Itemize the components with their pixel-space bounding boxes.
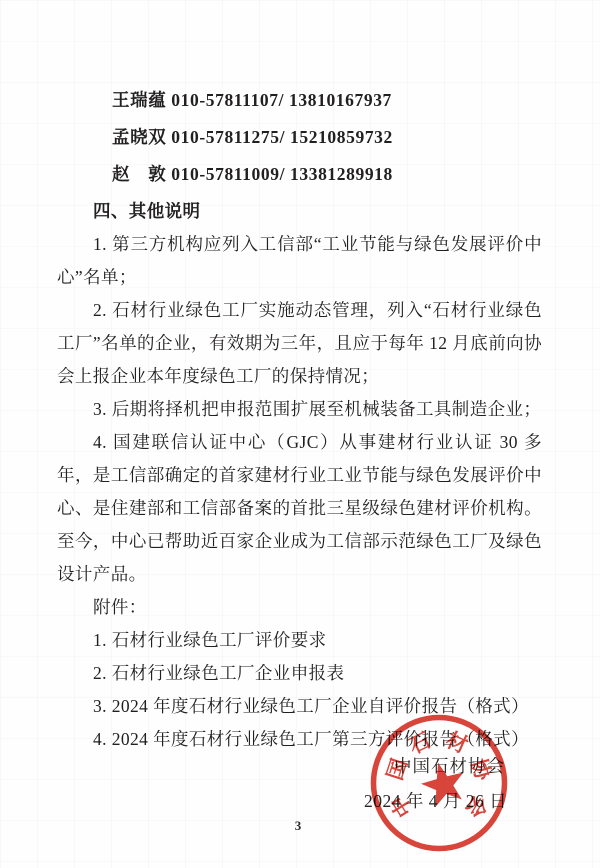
paragraph-4: 4. 国建联信认证中心（GJC）从事建材行业认证 30 多年，是工信部确定的首家… <box>57 426 542 591</box>
document-body: 王瑞蕴 010-57811107/ 13810167937 孟晓双 010-57… <box>57 82 542 756</box>
paragraph-2: 2. 石材行业绿色工厂实施动态管理，列入“石材行业绿色工厂”名单的企业，有效期为… <box>57 294 542 393</box>
contact-block: 王瑞蕴 010-57811107/ 13810167937 孟晓双 010-57… <box>57 82 542 193</box>
seal-char: 石 <box>405 728 434 759</box>
contact-line: 王瑞蕴 010-57811107/ 13810167937 <box>57 82 542 119</box>
seal-char: 国 <box>382 756 411 783</box>
document-page: 王瑞蕴 010-57811107/ 13810167937 孟晓双 010-57… <box>0 0 600 868</box>
attachment-item: 1. 石材行业绿色工厂评价要求 <box>57 624 542 657</box>
seal-char: 中 <box>386 791 417 822</box>
seal-char: 材 <box>442 728 471 758</box>
seal-char: 协 <box>466 756 496 784</box>
seal-star-icon <box>421 763 463 807</box>
official-seal-stamp-icon: 中 国 石 材 协 会 <box>368 712 510 854</box>
page-number: 3 <box>290 818 306 834</box>
attachment-item: 2. 石材行业绿色工厂企业申报表 <box>57 657 542 690</box>
contact-line: 孟晓双 010-57811275/ 15210859732 <box>57 119 542 156</box>
attachments-label: 附件： <box>57 591 542 624</box>
section-heading: 四、其他说明 <box>57 195 542 228</box>
seal-char: 会 <box>461 791 492 822</box>
paragraph-3: 3. 后期将择机把申报范围扩展至机械装备工具制造企业； <box>57 393 542 426</box>
contact-line: 赵 敦 010-57811009/ 13381289918 <box>57 156 542 193</box>
paragraph-1: 1. 第三方机构应列入工信部“工业节能与绿色发展评价中心”名单； <box>57 228 542 294</box>
